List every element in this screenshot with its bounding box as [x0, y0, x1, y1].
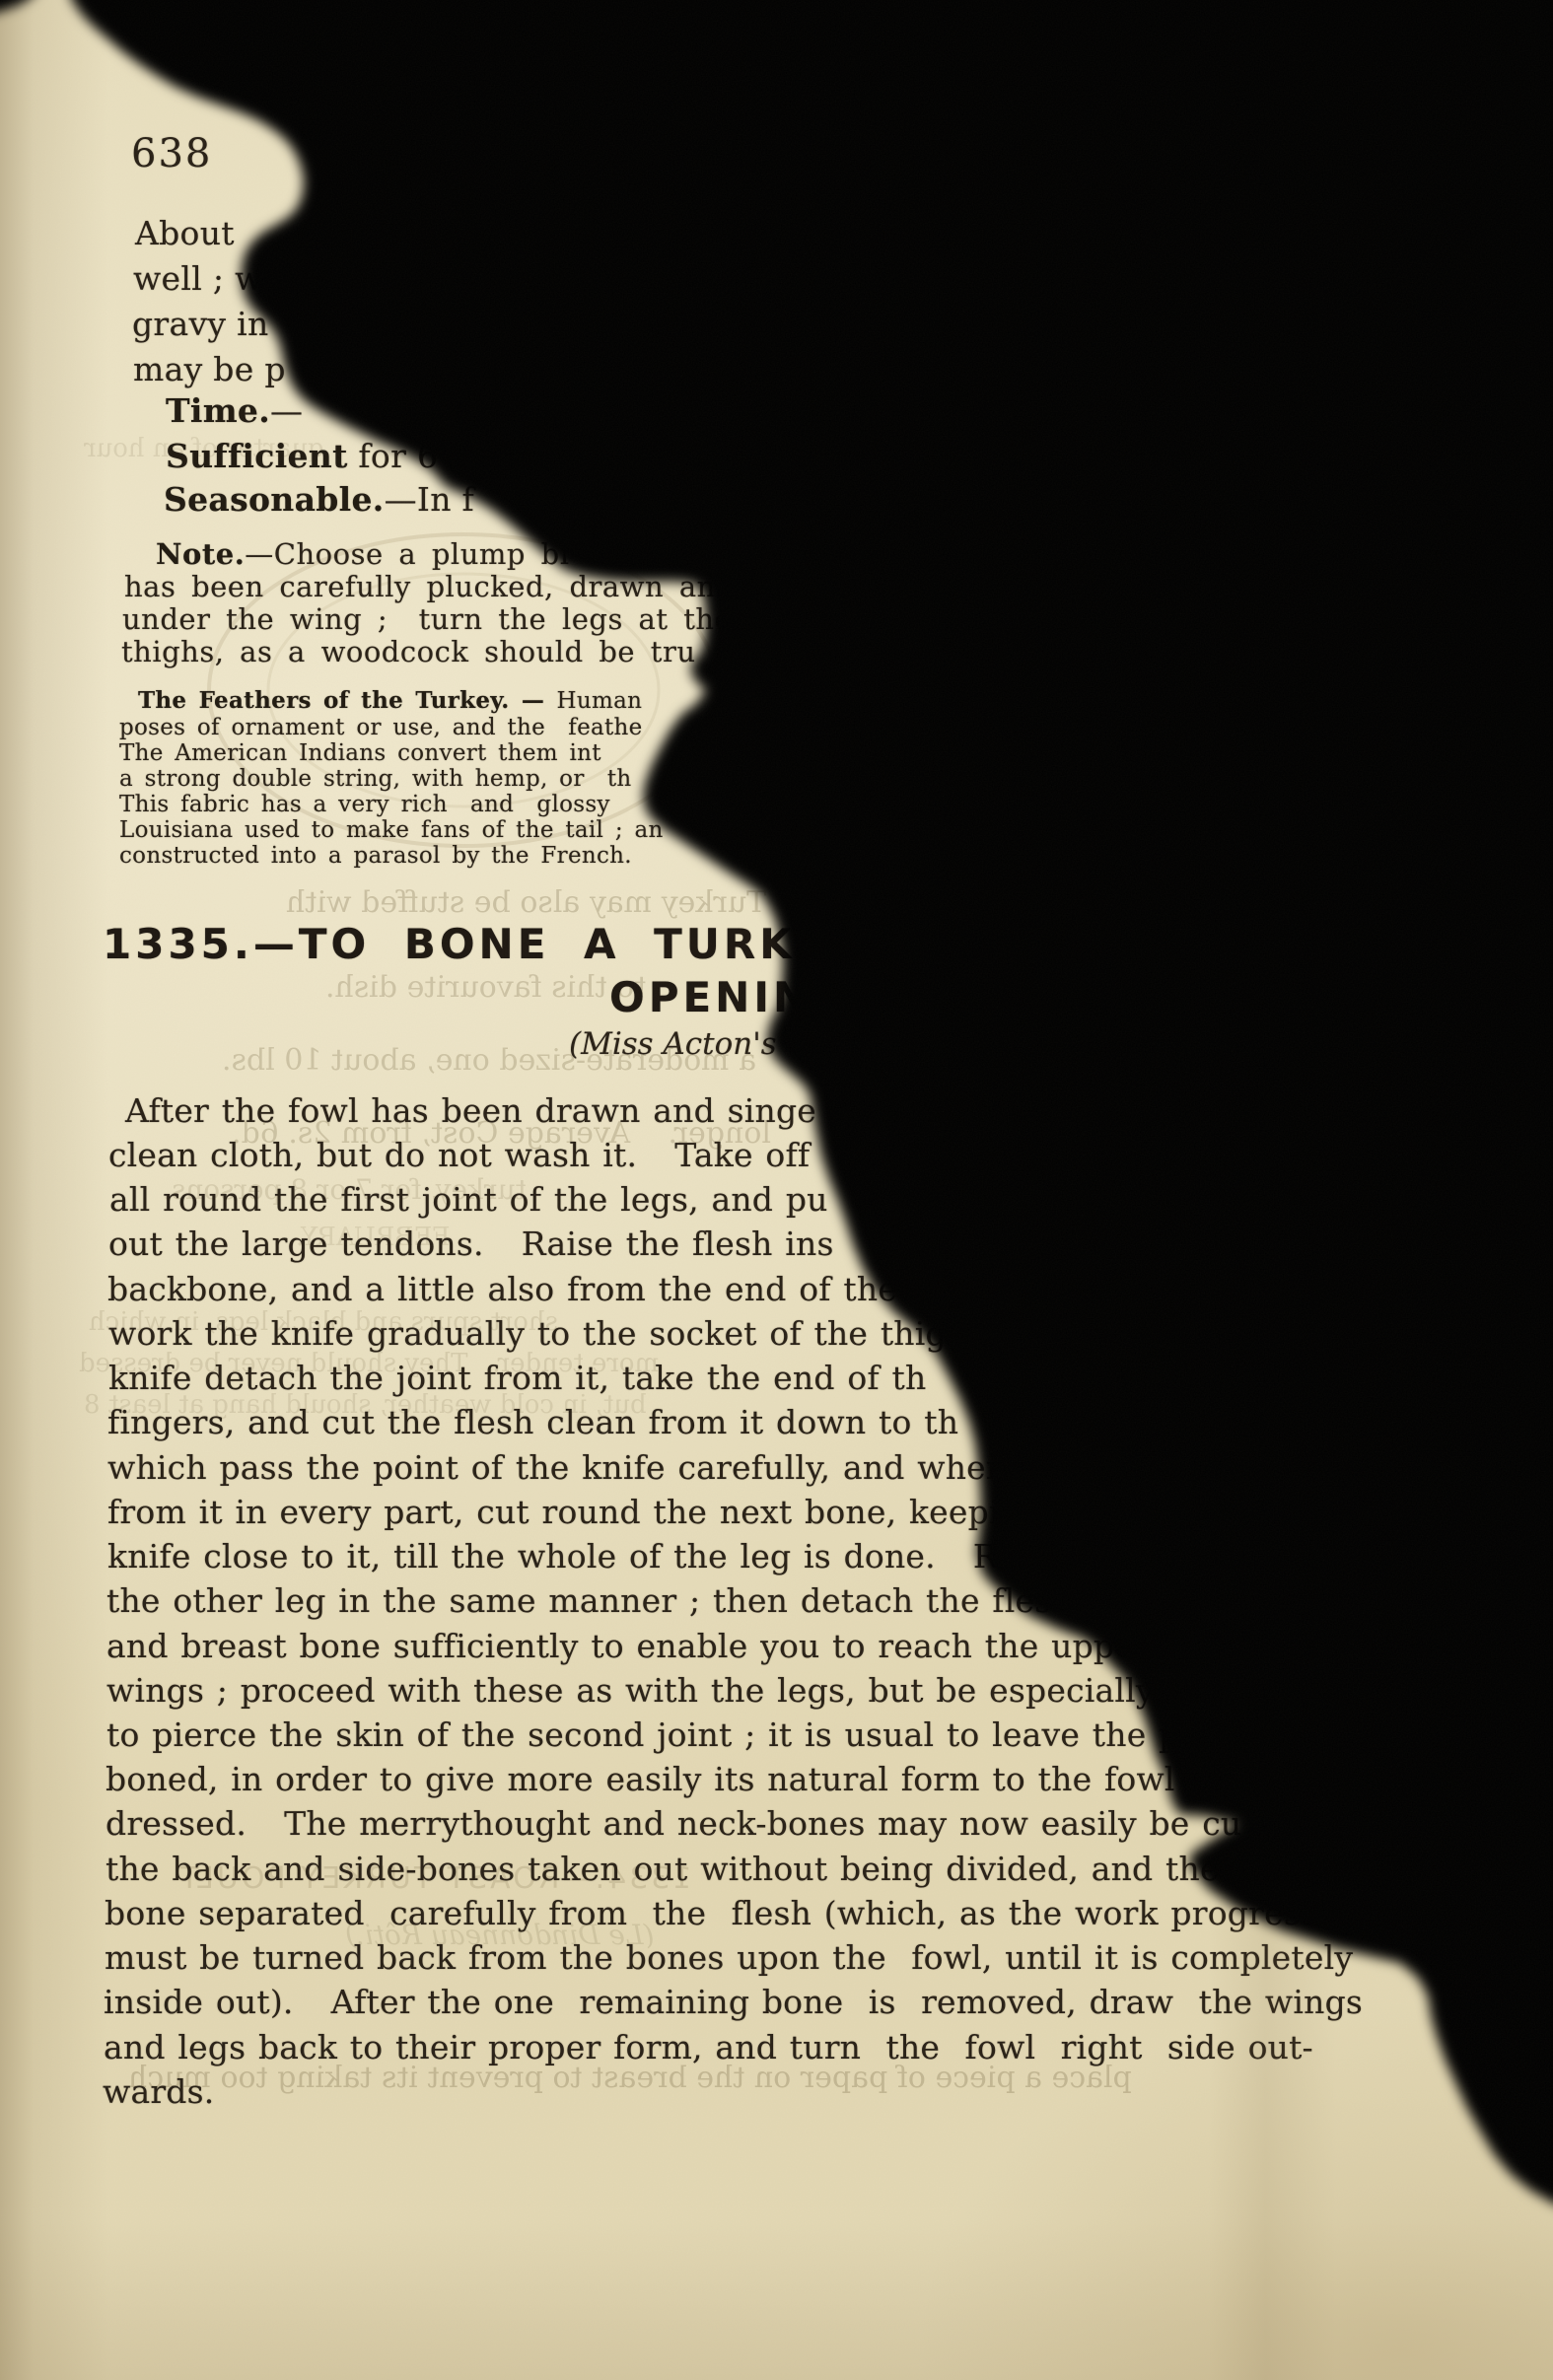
- detail-line-sufficient: Sufficient for 6: [166, 436, 449, 476]
- body-line: all round the first joint of the legs, a…: [109, 1179, 828, 1220]
- body-line: out the large tendons. Raise the flesh i…: [108, 1224, 834, 1264]
- body-line: and legs back to their proper form, and …: [104, 2027, 1313, 2067]
- feathers-line: constructed into a parasol by the French…: [119, 842, 632, 871]
- feathers-line: a strong double string, with hemp, or th: [119, 765, 632, 794]
- page-number: 638: [131, 129, 212, 178]
- detail-rest: —In f: [385, 480, 475, 519]
- note-line: thighs, as a woodcock should be tru: [121, 634, 696, 669]
- body-line: wings ; proceed with these as with the l…: [106, 1670, 1155, 1711]
- note-rest: —Choose a plump bi: [245, 537, 569, 571]
- ghost-line: to this favourite dish.: [325, 970, 646, 1005]
- body-line: the back and side-bones taken out withou…: [106, 1849, 1220, 1889]
- detail-line-seasonable: Seasonable.—In f: [164, 479, 474, 520]
- detail-line-time: Time.—: [166, 390, 303, 431]
- feathers-line: The American Indians convert them int: [119, 739, 601, 768]
- feathers-line: poses of ornament or use, and the feathe: [119, 714, 643, 742]
- intro-line: About: [135, 213, 235, 253]
- note-line: Note.—Choose a plump bi: [156, 536, 570, 572]
- detail-rest: for 6: [348, 437, 449, 475]
- body-line: knife close to it, till the whole of the…: [107, 1536, 1018, 1576]
- detail-rest: —: [270, 391, 303, 430]
- body-line: backbone, and a little also from the end…: [107, 1269, 897, 1309]
- body-line: work the knife gradually to the socket o…: [108, 1313, 967, 1354]
- note-line: under the wing ; turn the legs at the: [122, 601, 732, 637]
- feathers-rest: Human: [557, 688, 643, 714]
- body-line: knife detach the joint from it, take the…: [108, 1358, 926, 1398]
- body-line: fingers, and cut the flesh clean from it…: [107, 1402, 958, 1442]
- recipe-heading-line2: OPENING: [609, 972, 850, 1024]
- body-line: boned, in order to give more easily its …: [106, 1759, 1216, 1799]
- note-line: has been carefully plucked, drawn an: [124, 569, 716, 604]
- body-line: bone separated carefully from the flesh …: [105, 1893, 1337, 1933]
- body-line: dressed. The merrythought and neck-bones…: [106, 1803, 1241, 1844]
- ghost-line: Turkey may also be stuffed with: [286, 885, 766, 920]
- intro-line: may be p: [133, 349, 286, 389]
- feathers-line: The Feathers of the Turkey. — Human: [138, 687, 642, 716]
- body-line: from it in every part, cut round the nex…: [107, 1492, 1021, 1532]
- body-line: must be turned back from the bones upon …: [105, 1937, 1353, 1978]
- detail-lead: Time.: [166, 391, 270, 430]
- body-line: to pierce the skin of the second joint ;…: [106, 1715, 1179, 1755]
- feathers-line: Louisiana used to make fans of the tail …: [119, 816, 664, 845]
- body-line: clean cloth, but do not wash it. Take of…: [108, 1135, 810, 1175]
- body-line: wards.: [103, 2071, 214, 2112]
- book-page-scan: quarter of an hour Turkey may also be st…: [0, 0, 1553, 2380]
- detail-lead: Seasonable.: [164, 480, 385, 519]
- silhouette-corner-shape: [0, 0, 39, 16]
- feathers-line: This fabric has a very rich and glossy: [119, 791, 610, 819]
- body-line: which pass the point of the knife carefu…: [107, 1447, 1033, 1488]
- body-line: After the fowl has been drawn and singe: [125, 1090, 816, 1131]
- recipe-heading: 1335.—TO BONE A TURKEY: [103, 919, 862, 971]
- body-line: and breast bone sufficiently to enable y…: [106, 1626, 1150, 1666]
- intro-line: well ; w: [133, 258, 263, 299]
- intro-line: gravy in: [132, 304, 269, 344]
- feathers-lead: The Feathers of the Turkey. —: [138, 687, 557, 714]
- body-line: the other leg in the same manner ; then …: [106, 1580, 1073, 1621]
- body-line: inside out). After the one remaining bon…: [104, 1982, 1363, 2022]
- detail-lead: Sufficient: [166, 437, 348, 475]
- recipe-attribution: (Miss Acton's: [569, 1025, 777, 1064]
- note-lead: Note.: [156, 537, 245, 571]
